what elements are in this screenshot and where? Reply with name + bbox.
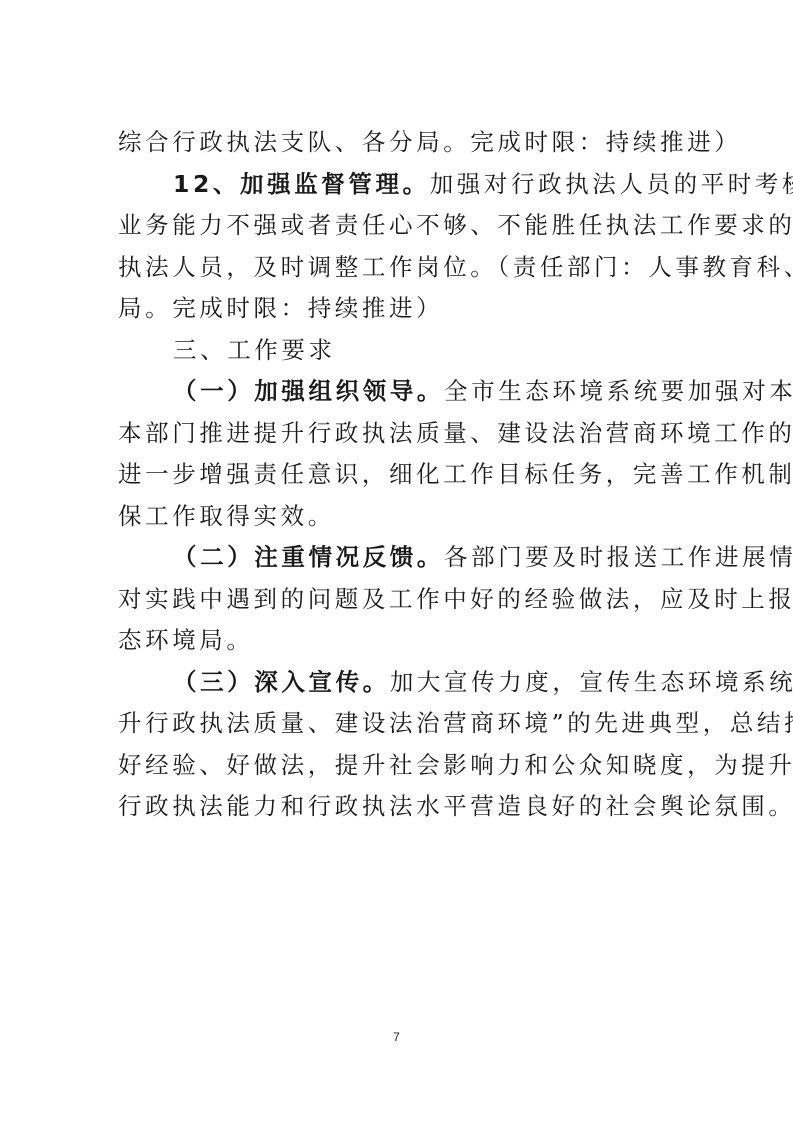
scan-speck xyxy=(224,640,226,642)
line-text: 好经验、好做法，提升社会影响力和公众知晓度，为提升我市 xyxy=(118,751,793,779)
line-text: 执法人员，及时调整工作岗位。（责任部门：人事教育科、各分 xyxy=(118,253,793,281)
line-text: 各部门要及时报送工作进展情况， xyxy=(444,543,793,571)
paragraph-line: 业务能力不强或者责任心不够、不能胜任执法工作要求的行政 xyxy=(118,205,698,247)
paragraph-line: 态环境局。 xyxy=(118,620,698,662)
subsection-title: （二）注重情况反馈。 xyxy=(173,543,444,571)
paragraph-line: 进一步增强责任意识，细化工作目标任务，完善工作机制，确 xyxy=(118,454,698,496)
subsection-2-line: （二）注重情况反馈。各部门要及时报送工作进展情况， xyxy=(118,537,698,579)
line-text: 加大宣传力度，宣传生态环境系统“提 xyxy=(390,668,793,696)
section-heading: 三、工作要求 xyxy=(118,330,698,372)
subsection-1-line: （一）加强组织领导。全市生态环境系统要加强对本辖区、 xyxy=(118,371,698,413)
item-title: 12、加强监督管理。 xyxy=(173,170,430,198)
paragraph-line: 本部门推进提升行政执法质量、建设法治营商环境工作的领导， xyxy=(118,413,698,455)
line-text: 综合行政执法支队、各分局。完成时限：持续推进） xyxy=(118,128,741,156)
line-text: 进一步增强责任意识，细化工作目标任务，完善工作机制，确 xyxy=(118,460,793,488)
paragraph-line: 保工作取得实效。 xyxy=(118,496,698,538)
item-12-heading-line: 12、加强监督管理。加强对行政执法人员的平时考核，对 xyxy=(118,164,698,206)
paragraph-line: 对实践中遇到的问题及工作中好的经验做法，应及时上报市生 xyxy=(118,579,698,621)
line-text: 本部门推进提升行政执法质量、建设法治营商环境工作的领导， xyxy=(118,419,793,447)
paragraph-line: 行政执法能力和行政执法水平营造良好的社会舆论氛围。 xyxy=(118,786,698,828)
paragraph-line: 综合行政执法支队、各分局。完成时限：持续推进） xyxy=(118,122,698,164)
subsection-title: （三）深入宣传。 xyxy=(173,668,390,696)
line-text: 全市生态环境系统要加强对本辖区、 xyxy=(444,377,793,405)
subsection-title: （一）加强组织领导。 xyxy=(173,377,444,405)
line-text: 加强对行政执法人员的平时考核，对 xyxy=(430,170,793,198)
line-text: 态环境局。 xyxy=(118,626,254,654)
line-text: 对实践中遇到的问题及工作中好的经验做法，应及时上报市生 xyxy=(118,585,793,613)
paragraph-line: 执法人员，及时调整工作岗位。（责任部门：人事教育科、各分 xyxy=(118,247,698,289)
line-text: 行政执法能力和行政执法水平营造良好的社会舆论氛围。 xyxy=(118,792,793,820)
line-text: 业务能力不强或者责任心不够、不能胜任执法工作要求的行政 xyxy=(118,211,793,239)
line-text: 保工作取得实效。 xyxy=(118,502,335,530)
section-title: 三、工作要求 xyxy=(173,336,336,364)
paragraph-line: 局。完成时限：持续推进） xyxy=(118,288,698,330)
document-page: 综合行政执法支队、各分局。完成时限：持续推进） 12、加强监督管理。加强对行政执… xyxy=(118,122,698,828)
line-text: 局。完成时限：持续推进） xyxy=(118,294,443,322)
scan-speck xyxy=(212,606,214,608)
page-number: 7 xyxy=(0,1030,793,1044)
paragraph-line: 升行政执法质量、建设法治营商环境”的先进典型，总结推广 xyxy=(118,703,698,745)
paragraph-line: 好经验、好做法，提升社会影响力和公众知晓度，为提升我市 xyxy=(118,745,698,787)
subsection-3-line: （三）深入宣传。加大宣传力度，宣传生态环境系统“提 xyxy=(118,662,698,704)
line-text: 升行政执法质量、建设法治营商环境”的先进典型，总结推广 xyxy=(118,709,793,737)
